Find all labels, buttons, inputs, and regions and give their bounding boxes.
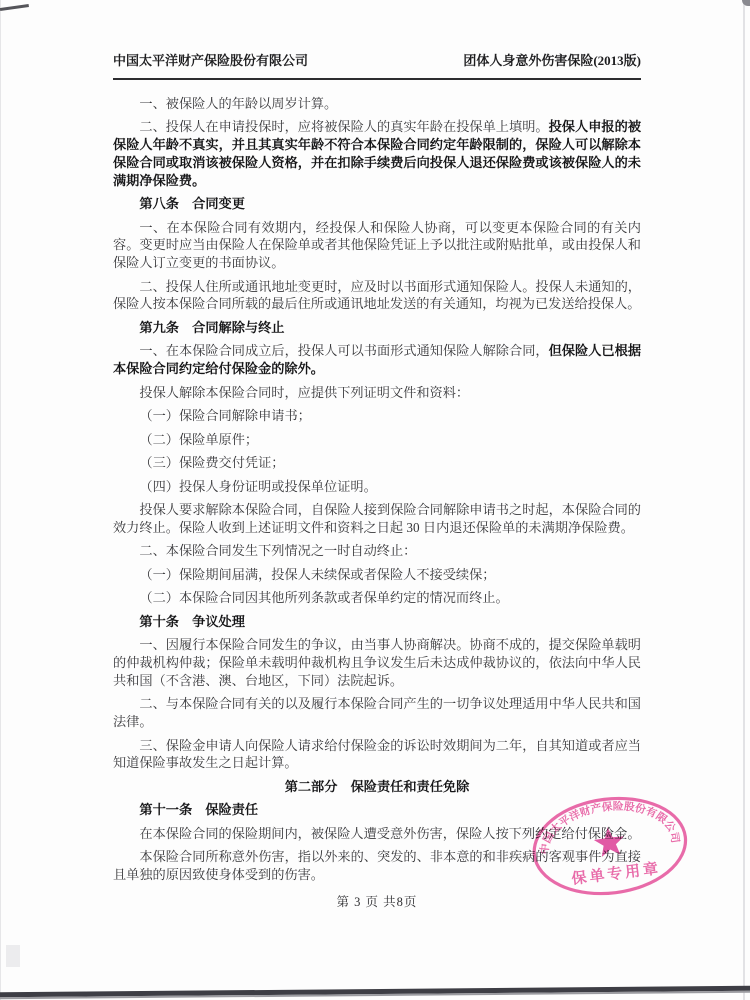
paragraph: 一、在本保险合同有效期内，经投保人和保险人协商，可以变更本保险合同的有关内容。变… <box>113 219 641 272</box>
paragraph: 投保人要求解除本保险合同，自保险人接到保险合同解除申请书之时起，本保险合同的效力… <box>113 501 641 537</box>
text-run: 本保险合同所称意外伤害，指以外来的、突发的、非本意的和非疾病的客观事件为直接且单… <box>113 849 641 882</box>
document-body: 一、被保险人的年龄以周岁计算。二、投保人在申请投保时，应将被保险人的真实年龄在投… <box>113 80 641 884</box>
text-run: 一、在本保险合同成立后，投保人可以书面形式通知保险人解除合同， <box>139 343 548 358</box>
paragraph: 一、在本保险合同成立后，投保人可以书面形式通知保险人解除合同，但保险人已根据本保… <box>113 342 641 378</box>
text-run: 投保人要求解除本保险合同，自保险人接到保险合同解除申请书之时起，本保险合同的效力… <box>113 502 641 535</box>
text-run: 第十条 争议处理 <box>139 614 245 629</box>
text-run: （三）保险费交付凭证； <box>139 455 284 470</box>
text-run: （一）保险期间届满，投保人未续保或者保险人不接受续保； <box>139 567 495 582</box>
scan-mark-top-left <box>0 4 29 11</box>
header-company-name: 中国太平洋财产保险股份有限公司 <box>113 50 308 69</box>
paragraph: 投保人解除本保险合同时，应提供下列证明文件和资料： <box>113 384 641 402</box>
paragraph: 二、投保人住所或通讯地址变更时，应及时以书面形式通知保险人。投保人未通知的，保险… <box>113 278 641 314</box>
paragraph: （四）投保人身份证明或投保单位证明。 <box>113 478 641 496</box>
text-run: 二、本保险合同发生下列情况之一时自动终止： <box>139 543 416 558</box>
paragraph: 本保险合同所称意外伤害，指以外来的、突发的、非本意的和非疾病的客观事件为直接且单… <box>113 848 641 884</box>
document: 中国太平洋财产保险股份有限公司 团体人身意外伤害保险(2013版) 一、被保险人… <box>113 50 641 884</box>
paragraph: 二、与本保险合同有关的以及履行本保险合同产生的一切争议处理适用中华人民共和国法律… <box>113 695 641 731</box>
text-run: （二）本保险合同因其他所列条款或者保单约定的情况而终止。 <box>139 590 508 605</box>
paragraph: （一）保险期间届满，投保人未续保或者保险人不接受续保； <box>113 566 641 584</box>
text-run: （二）保险单原件； <box>139 432 258 447</box>
text-run: 二、投保人住所或通讯地址变更时，应及时以书面形式通知保险人。投保人未通知的，保险… <box>113 279 641 312</box>
paragraph: （一）保险合同解除申请书； <box>113 407 641 425</box>
paragraph: （二）本保险合同因其他所列条款或者保单约定的情况而终止。 <box>113 589 641 607</box>
paragraph: 二、投保人在申请投保时，应将被保险人的真实年龄在投保单上填明。投保人申报的被保险… <box>113 118 641 189</box>
paragraph: 三、保险金申请人向保险人请求给付保险金的诉讼时效期间为二年，自其知道或者应当知道… <box>113 737 641 773</box>
document-header: 中国太平洋财产保险股份有限公司 团体人身意外伤害保险(2013版) <box>113 50 641 80</box>
scan-edge-left <box>0 0 1 1000</box>
paragraph: 一、被保险人的年龄以周岁计算。 <box>113 95 641 113</box>
text-run: 第九条 合同解除与终止 <box>139 320 284 335</box>
paragraph: （三）保险费交付凭证； <box>113 454 641 472</box>
article-heading: 第八条 合同变更 <box>113 195 641 213</box>
text-run: 第二部分 保险责任和责任免除 <box>285 779 470 794</box>
text-run: 二、投保人在申请投保时，应将被保险人的真实年龄在投保单上填明。 <box>139 119 548 134</box>
text-run: 在本保险合同的保险期间内，被保险人遭受意外伤害，保险人按下列约定给付保险金。 <box>139 826 640 841</box>
text-run: （四）投保人身份证明或投保单位证明。 <box>139 479 376 494</box>
scan-smudge <box>6 945 20 967</box>
text-run: 二、与本保险合同有关的以及履行本保险合同产生的一切争议处理适用中华人民共和国法律… <box>113 696 641 729</box>
article-heading: 第九条 合同解除与终止 <box>113 319 641 337</box>
text-run: 一、在本保险合同有效期内，经投保人和保险人协商，可以变更本保险合同的有关内容。变… <box>113 220 641 271</box>
article-heading: 第十一条 保险责任 <box>113 801 641 819</box>
paragraph: 一、因履行本保险合同发生的争议，由当事人协商解决。协商不成的，提交保险单载明的仲… <box>113 636 641 689</box>
part-heading: 第二部分 保险责任和责任免除 <box>113 778 641 796</box>
scan-edge-right <box>743 0 745 1000</box>
page-number: 第 3 页 共8页 <box>113 892 641 910</box>
paragraph: （二）保险单原件； <box>113 431 641 449</box>
paragraph: 二、本保险合同发生下列情况之一时自动终止： <box>113 542 641 560</box>
header-product-name: 团体人身意外伤害保险(2013版) <box>463 50 641 69</box>
text-run: 一、被保险人的年龄以周岁计算。 <box>139 96 337 111</box>
text-run: 第八条 合同变更 <box>139 196 245 211</box>
text-run: 一、因履行本保险合同发生的争议，由当事人协商解决。协商不成的，提交保险单载明的仲… <box>113 637 641 688</box>
text-run: （一）保险合同解除申请书； <box>139 408 310 423</box>
text-run: 投保人解除本保险合同时，应提供下列证明文件和资料： <box>139 385 469 400</box>
text-run: 第十一条 保险责任 <box>139 802 258 817</box>
paragraph: 在本保险合同的保险期间内，被保险人遭受意外伤害，保险人按下列约定给付保险金。 <box>113 825 641 843</box>
article-heading: 第十条 争议处理 <box>113 613 641 631</box>
text-run: 三、保险金申请人向保险人请求给付保险金的诉讼时效期间为二年，自其知道或者应当知道… <box>113 738 641 771</box>
scanned-document-page: 中国太平洋财产保险股份有限公司 团体人身意外伤害保险(2013版) 一、被保险人… <box>0 0 750 1000</box>
